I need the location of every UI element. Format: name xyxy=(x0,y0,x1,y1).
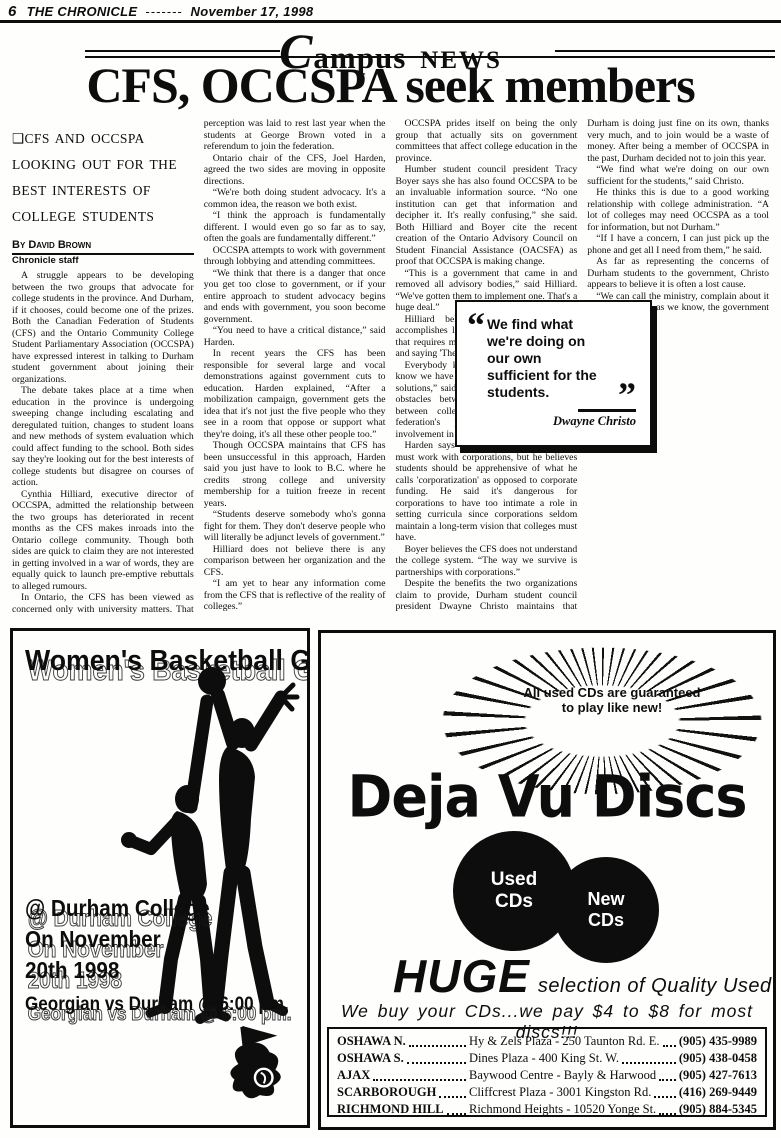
dot-leader xyxy=(409,1045,466,1047)
article-paragraph: Boyer believes the CFS does not understa… xyxy=(396,544,578,579)
location-row: RICHMOND HILL Richmond Heights - 10520 Y… xyxy=(337,1101,757,1118)
article-paragraph: “If I have a concern, I can just pick up… xyxy=(587,233,769,256)
dot-leader xyxy=(659,1113,676,1115)
location-address: Dines Plaza - 400 King St. W. xyxy=(469,1050,619,1067)
page-number: 6 xyxy=(8,3,17,20)
basketball-ad-detail-line: 20th 1998 xyxy=(25,955,289,986)
article-paragraph: Though OCCSPA maintains that CFS has bee… xyxy=(204,440,386,509)
dot-leader xyxy=(373,1079,466,1081)
basketball-ad-detail-line: On November xyxy=(25,924,289,955)
paper-name: THE CHRONICLE xyxy=(27,4,138,19)
article-paragraph: In recent years the CFS has been respons… xyxy=(204,348,386,440)
location-row: OSHAWA S. Dines Plaza - 400 King St. W. … xyxy=(337,1050,757,1067)
article-body: ❑CFS AND OCCSPA LOOKING OUT FOR THE BEST… xyxy=(12,118,769,622)
article-byline-org: Chronicle staff xyxy=(12,255,194,267)
article-columns: ❑CFS AND OCCSPA LOOKING OUT FOR THE BEST… xyxy=(12,118,769,622)
location-row: AJAX Baywood Centre - Bayly & Harwood (9… xyxy=(337,1067,757,1084)
location-row: OSHAWA N. Hy & Zels Plaza - 250 Taunton … xyxy=(337,1033,757,1050)
new-cds-circle: New CDs xyxy=(553,857,659,963)
issue-date: November 17, 1998 xyxy=(191,4,314,19)
dot-leader xyxy=(659,1079,676,1081)
basketball-ad-details: @ Durham College On November 20th 1998 G… xyxy=(25,893,310,1020)
location-city: RICHMOND HILL xyxy=(337,1101,444,1118)
location-city: OSHAWA S. xyxy=(337,1050,404,1067)
locations-table: OSHAWA N. Hy & Zels Plaza - 250 Taunton … xyxy=(327,1027,767,1117)
used-cds-label: Used CDs xyxy=(483,869,545,913)
location-address: Hy & Zels Plaza - 250 Taunton Rd. E. xyxy=(469,1033,660,1050)
article-paragraph: As far as representing the concerns of D… xyxy=(587,256,769,291)
dot-leader xyxy=(622,1062,676,1064)
article-paragraph: Humber student council president Tracy B… xyxy=(396,164,578,268)
section-rule-left xyxy=(85,50,280,52)
article-paragraph: Ontario chair of the CFS, Joel Harden, a… xyxy=(204,153,386,188)
article-paragraph: The debate takes place at a time when ed… xyxy=(12,385,194,489)
dot-leader xyxy=(654,1096,675,1098)
dejavu-ad-title: Deja Vu Discs xyxy=(321,762,773,830)
masthead-separator: ------- xyxy=(145,4,182,19)
basketball-ad-detail-line: @ Durham College xyxy=(25,893,289,924)
location-address: Baywood Centre - Bayly & Harwood xyxy=(469,1067,656,1084)
location-address: Cliffcrest Plaza - 3001 Kingston Rd. xyxy=(469,1084,651,1101)
article-paragraph: “I think the approach is fundamentally d… xyxy=(204,210,386,245)
location-phone: (416) 269-9449 xyxy=(679,1084,757,1101)
new-cds-label: New CDs xyxy=(575,889,637,931)
dot-leader xyxy=(447,1113,466,1115)
dejavu-ad: All used CDs are guaranteed to play like… xyxy=(318,630,776,1130)
article-paragraph: Cynthia Hilliard, executive director of … xyxy=(12,489,194,593)
article-paragraph: “We find what we're doing on our own suf… xyxy=(587,164,769,187)
location-phone: (905) 438-0458 xyxy=(679,1050,757,1067)
dot-leader xyxy=(439,1096,466,1098)
location-row: SCARBOROUGH Cliffcrest Plaza - 3001 King… xyxy=(337,1084,757,1101)
article-paragraph: “You need to have a critical distance,” … xyxy=(204,325,386,348)
basketball-ad-detail-line: Georgian vs Durham @ 6:00 pm. xyxy=(25,989,289,1020)
section-rule-right xyxy=(555,50,775,52)
location-phone: (905) 427-7613 xyxy=(679,1067,757,1084)
mascot-illustration xyxy=(213,1021,291,1103)
article-paragraph: Hilliard does not believe there is any c… xyxy=(204,544,386,579)
pull-quote-attribution: Dwayne Christo xyxy=(469,414,636,429)
article-paragraph: “Students deserve somebody who's gonna f… xyxy=(204,509,386,544)
article-paragraph: He thinks this is due to a good working … xyxy=(587,187,769,233)
article-paragraph: OCCSPA prides itself on being the only g… xyxy=(396,118,578,164)
article-paragraph: A struggle appears to be developing betw… xyxy=(12,270,194,385)
dot-leader xyxy=(407,1062,466,1064)
location-phone: (905) 435-9989 xyxy=(679,1033,757,1050)
location-city: SCARBOROUGH xyxy=(337,1084,436,1101)
huge-selection-line: HUGE selection of Quality Used CDs xyxy=(393,949,776,1003)
pull-quote-text: We find what we're doing on our own suff… xyxy=(487,316,605,401)
starburst-text: All used CDs are guaranteed to play like… xyxy=(517,685,707,715)
article-paragraph: “I am yet to hear any information come f… xyxy=(204,578,386,613)
article-paragraph: “We think that there is a danger that on… xyxy=(204,268,386,326)
location-phone: (905) 884-5345 xyxy=(679,1101,757,1118)
article-headline: CFS, OCCSPA seek members xyxy=(0,56,781,114)
masthead: 6 THE CHRONICLE ------- November 17, 199… xyxy=(8,3,313,20)
basketball-ad: Women's Basketball Game xyxy=(10,628,310,1128)
pull-quote-box: “ We find what we're doing on our own su… xyxy=(455,300,652,447)
close-quote-icon: ” xyxy=(618,374,636,416)
newspaper-page: 6 THE CHRONICLE ------- November 17, 199… xyxy=(0,0,781,1138)
open-quote-icon: “ xyxy=(467,304,485,346)
article-byline: By David Brown xyxy=(12,240,194,255)
dot-leader xyxy=(663,1045,676,1047)
huge-word: HUGE xyxy=(393,949,530,1003)
article-paragraph: “We're both doing student advocacy. It's… xyxy=(204,187,386,210)
article-paragraph: Harden says he understands that colleges… xyxy=(396,440,578,544)
location-city: AJAX xyxy=(337,1067,370,1084)
location-address: Richmond Heights - 10520 Yonge St. xyxy=(469,1101,656,1118)
article-paragraph: OCCSPA attempts to work with government … xyxy=(204,245,386,268)
location-city: OSHAWA N. xyxy=(337,1033,406,1050)
article-standfirst: ❑CFS AND OCCSPA LOOKING OUT FOR THE BEST… xyxy=(12,126,194,230)
huge-rest-text: selection of Quality Used CDs xyxy=(538,975,776,998)
